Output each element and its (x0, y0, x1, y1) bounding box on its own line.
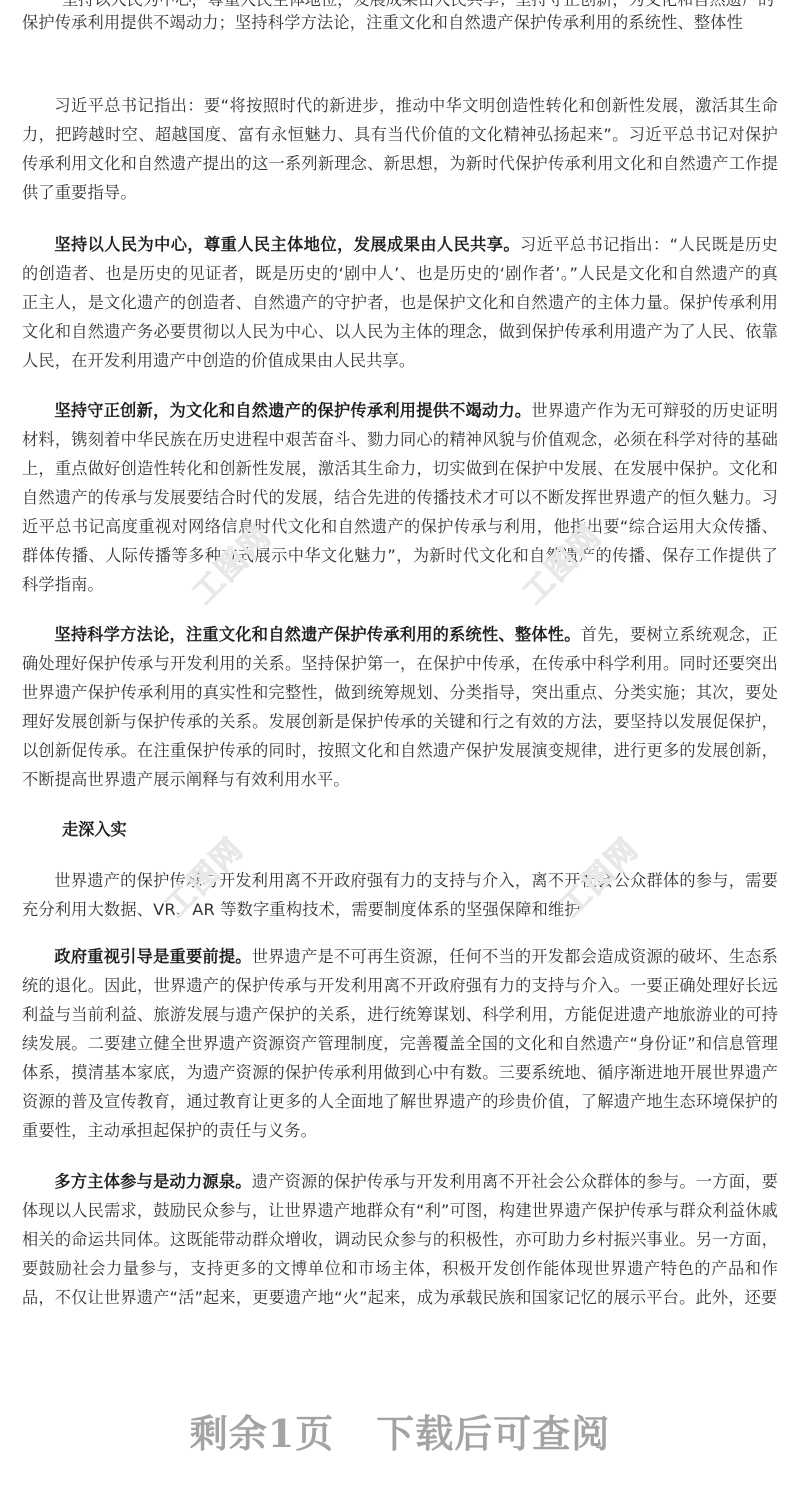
download-hint-label: 下载后可查阅 (376, 1403, 610, 1458)
paragraph-body: 世界遗产作为无可辩驳的历史证明材料，镌刻着中华民族在历史进程中艰苦奋斗、勠力同心… (22, 401, 778, 594)
paragraph-government: 政府重视引导是重要前提。世界遗产是不可再生资源，任何不当的开发都会造成资源的破坏… (22, 942, 778, 1145)
paragraph-lead: 坚持科学方法论，注重文化和自然遗产保护传承利用的系统性、整体性。 (54, 625, 580, 644)
paragraph-scientific-method: 坚持科学方法论，注重文化和自然遗产保护传承利用的系统性、整体性。首先，要树立系统… (22, 620, 778, 794)
paragraph-body: 习近平总书记指出：“人民既是历史的创造者、也是历史的见证者，既是历史的‘剧中人’… (22, 235, 778, 370)
paragraph-body: 习近平总书记指出：要“将按照时代的新进步，推动中华文明创造性转化和创新性发展，激… (22, 96, 778, 202)
paragraph-lead: 坚持以人民为中心，尊重人民主体地位，发展成果由人民共享。 (54, 235, 520, 254)
remaining-pages-notice[interactable]: 剩余1页下载后可查阅 (0, 1403, 800, 1458)
remaining-pages-label: 剩余1页 (190, 1403, 334, 1458)
paragraph-participation: 多方主体参与是动力源泉。遗产资源的保护传承与开发利用离不开社会公众群体的参与。一… (22, 1167, 778, 1312)
paragraph-section-intro: 世界遗产的保护传承与开发利用离不开政府强有力的支持与介入，离不开社会公众群体的参… (22, 866, 778, 924)
paragraph-quote: 习近平总书记指出：要“将按照时代的新进步，推动中华文明创造性转化和创新性发展，激… (22, 91, 778, 207)
paragraph-body: 世界遗产的保护传承与开发利用离不开政府强有力的支持与介入，离不开社会公众群体的参… (22, 871, 778, 919)
paragraph-body: 世界遗产是不可再生资源，任何不当的开发都会造成资源的破坏、生态系统的退化。因此，… (22, 947, 778, 1140)
paragraph-innovation: 坚持守正创新，为文化和自然遗产的保护传承利用提供不竭动力。世界遗产作为无可辩驳的… (22, 396, 778, 599)
paragraph-body: 遗产资源的保护传承与开发利用离不开社会公众群体的参与。一方面，要体现以人民需求，… (22, 1172, 778, 1307)
paragraph-lead: 政府重视引导是重要前提。 (54, 947, 251, 966)
section-heading: 走深入实 (62, 815, 127, 844)
paragraph-body: 首先，要树立系统观念，正确处理好保护传承与开发利用的关系。坚持保护第一，在保护中… (22, 625, 778, 789)
intro-tail: 保护传承利用提供不竭动力；坚持科学方法论，注重文化和自然遗产保护传承利用的系统性… (22, 8, 778, 37)
paragraph-lead: 坚持守正创新，为文化和自然遗产的保护传承利用提供不竭动力。 (54, 401, 531, 420)
paragraph-people-centered: 坚持以人民为中心，尊重人民主体地位，发展成果由人民共享。习近平总书记指出：“人民… (22, 230, 778, 375)
paragraph-lead: 多方主体参与是动力源泉。 (54, 1172, 251, 1191)
document-page: 坚持以人民为中心，尊重人民主体地位，发展成果由人民共享；坚持守正创新，为文化和自… (0, 0, 800, 1505)
